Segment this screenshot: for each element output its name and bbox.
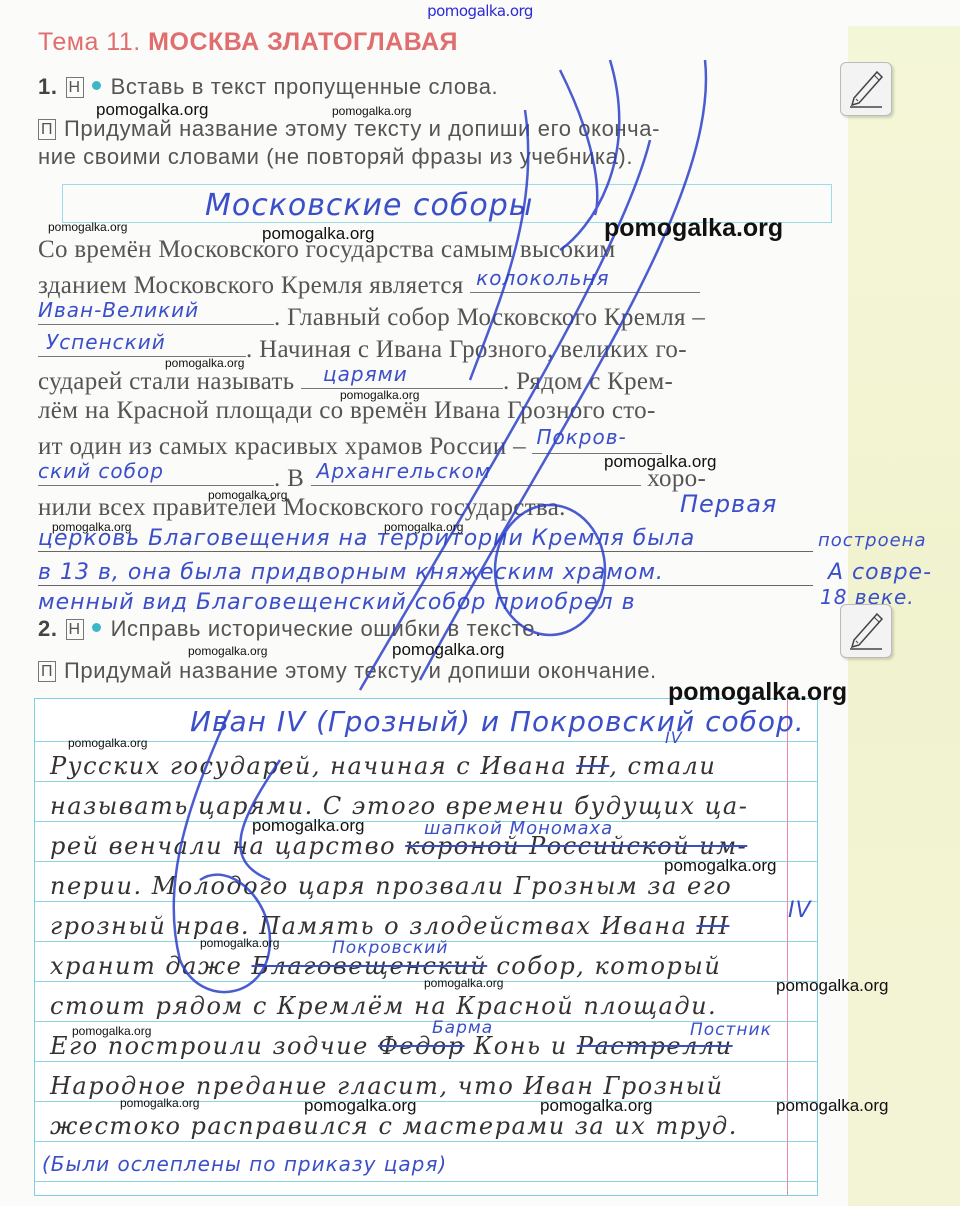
bullet-dot-icon (92, 623, 101, 632)
task2-ending: (Были ослеплены по приказу царя) (42, 1152, 447, 1176)
watermark: pomogalka.org (540, 1096, 652, 1116)
correction-5: IV (788, 898, 812, 923)
pencil-icon (847, 611, 885, 651)
text-fragment: сударей стали называть (38, 368, 294, 395)
fill-answer: колокольня (476, 266, 609, 290)
blank-field-5[interactable]: Архангельском (311, 461, 641, 486)
task1-number: 1. (38, 74, 58, 99)
site-watermark-header: pomogalka.org (0, 2, 960, 20)
theme-name: МОСКВА ЗЛАТОГЛАВАЯ (148, 28, 458, 56)
watermark: pomogalka.org (200, 936, 279, 950)
cursive-line-2: называть царями. С этого времени будущих… (50, 792, 748, 820)
watermark: pomogalka.org (424, 976, 503, 990)
cursive-line-6: хранит даже Благовещенский собор, которы… (50, 952, 721, 980)
task2-instruction: 2.НИсправь исторические ошибки в тексте. (38, 616, 542, 642)
cursive-line-8: Его построили зодчие Федор Конь и Растре… (50, 1032, 733, 1060)
continuation-line2b: А совре- (828, 560, 932, 585)
cursive-line-5: грозный нрав. Память о злодействах Ивана… (50, 912, 729, 940)
task2-instruction-text: Исправь исторические ошибки в тексте. (111, 616, 542, 641)
cursive-line-7: стоит рядом с Кремлём на Красной площади… (50, 992, 717, 1020)
watermark: pomogalka.org (664, 856, 776, 876)
task1-text-line6: лём на Красной площади со времён Ивана Г… (38, 397, 818, 425)
watermark: pomogalka.org (668, 678, 847, 707)
correction-1: IV (665, 728, 683, 747)
task2-title-answer: Иван IV (Грозный) и Покровский собор. (190, 705, 805, 738)
task1-text-line3: Иван-Великий. Главный собор Московского … (38, 300, 818, 332)
watermark: pomogalka.org (68, 736, 147, 750)
text-fragment: . Начиная с Ивана Грозного, великих го- (246, 336, 687, 363)
text-fragment: ит один из самых красивых храмов России … (38, 433, 526, 460)
cursive-line-10: жестоко расправился с мастерами за их тр… (50, 1112, 738, 1140)
level-basic-badge: Н (66, 619, 84, 640)
blank-field-1[interactable]: колокольня (470, 268, 700, 293)
task1-text-line4: Успенский. Начиная с Ивана Грозного, вел… (38, 332, 818, 364)
level-basic-badge: Н (66, 77, 84, 98)
watermark: pomogalka.org (120, 1096, 199, 1110)
watermark: pomogalka.org (262, 224, 374, 244)
watermark: pomogalka.org (604, 452, 716, 472)
blank-field-4b[interactable]: ский собор (38, 461, 274, 486)
fill-answer: царями (323, 362, 408, 386)
cursive-line-1: Русских государей, начиная с Ивана III, … (50, 752, 716, 780)
cursive-line-3: рей венчали на царство короной Российско… (50, 832, 747, 860)
watermark: pomogalka.org (52, 520, 131, 534)
pencil-button[interactable] (840, 62, 892, 116)
task1-instruction-text: Вставь в текст пропущенные слова. (111, 74, 499, 99)
watermark: pomogalka.org (392, 640, 504, 660)
task1-instruction: 1.НВставь в текст пропущенные слова. (38, 74, 498, 100)
continuation-line2: в 13 в, она была придворным княжеским хр… (38, 560, 813, 586)
pencil-button[interactable] (840, 604, 892, 658)
level-advanced-badge: П (38, 119, 56, 140)
watermark: pomogalka.org (188, 644, 267, 658)
task1-text-line2: зданием Московского Кремля является коло… (38, 268, 818, 300)
watermark: pomogalka.org (208, 488, 287, 502)
watermark: pomogalka.org (384, 520, 463, 534)
task2-adv-text: Придумай название этому тексту и допиши … (64, 658, 657, 683)
theme-label: Тема 11. (38, 28, 141, 56)
watermark: pomogalka.org (776, 976, 888, 996)
watermark: pomogalka.org (604, 214, 783, 243)
task1-text-line5: сударей стали называть царями. Рядом с К… (38, 364, 818, 396)
task2-number: 2. (38, 616, 58, 641)
fill-answer: ский собор (38, 459, 164, 483)
text-fragment: . Рядом с Крем- (503, 368, 673, 395)
level-advanced-badge: П (38, 661, 56, 682)
blank-field-4[interactable]: Покров- (532, 429, 662, 454)
text-fragment: . Главный собор Московского Кремля – (274, 304, 705, 331)
watermark: pomogalka.org (252, 816, 364, 836)
pencil-icon (847, 69, 885, 109)
bullet-dot-icon (92, 81, 101, 90)
watermark: pomogalka.org (96, 100, 208, 120)
task2-instruction-advanced: ППридумай название этому тексту и допиши… (38, 658, 657, 684)
task1-adv-line2: ние своими словами (не повторяй фразы из… (38, 144, 633, 170)
watermark: pomogalka.org (48, 220, 127, 234)
watermark: pomogalka.org (72, 1024, 151, 1038)
text-fragment: зданием Московского Кремля является (38, 272, 464, 299)
fill-answer: Успенский (46, 330, 166, 354)
fill-answer: Покров- (536, 425, 626, 449)
blank-field-2[interactable]: Успенский (38, 332, 246, 357)
watermark: pomogalka.org (776, 1096, 888, 1116)
page-title: Тема 11. МОСКВА ЗЛАТОГЛАВАЯ (38, 28, 458, 57)
blank-field-1b[interactable]: Иван-Великий (38, 300, 274, 325)
watermark: pomogalka.org (340, 388, 419, 402)
blank-field-3[interactable]: царями (301, 364, 503, 389)
fill-answer: Архангельском (317, 459, 491, 483)
watermark: pomogalka.org (332, 104, 411, 118)
cursive-line-4: перии. Молодого царя прозвали Грозным за… (50, 872, 732, 900)
continuation-word: Первая (680, 490, 777, 518)
continuation-line3: менный вид Благовещенский собор приобрел… (38, 590, 636, 615)
continuation-line1b: построена (818, 530, 926, 551)
watermark: pomogalka.org (304, 1096, 416, 1116)
watermark: pomogalka.org (165, 356, 244, 370)
fill-answer: Иван-Великий (38, 298, 199, 322)
task1-title-answer: Московские соборы (205, 188, 533, 223)
